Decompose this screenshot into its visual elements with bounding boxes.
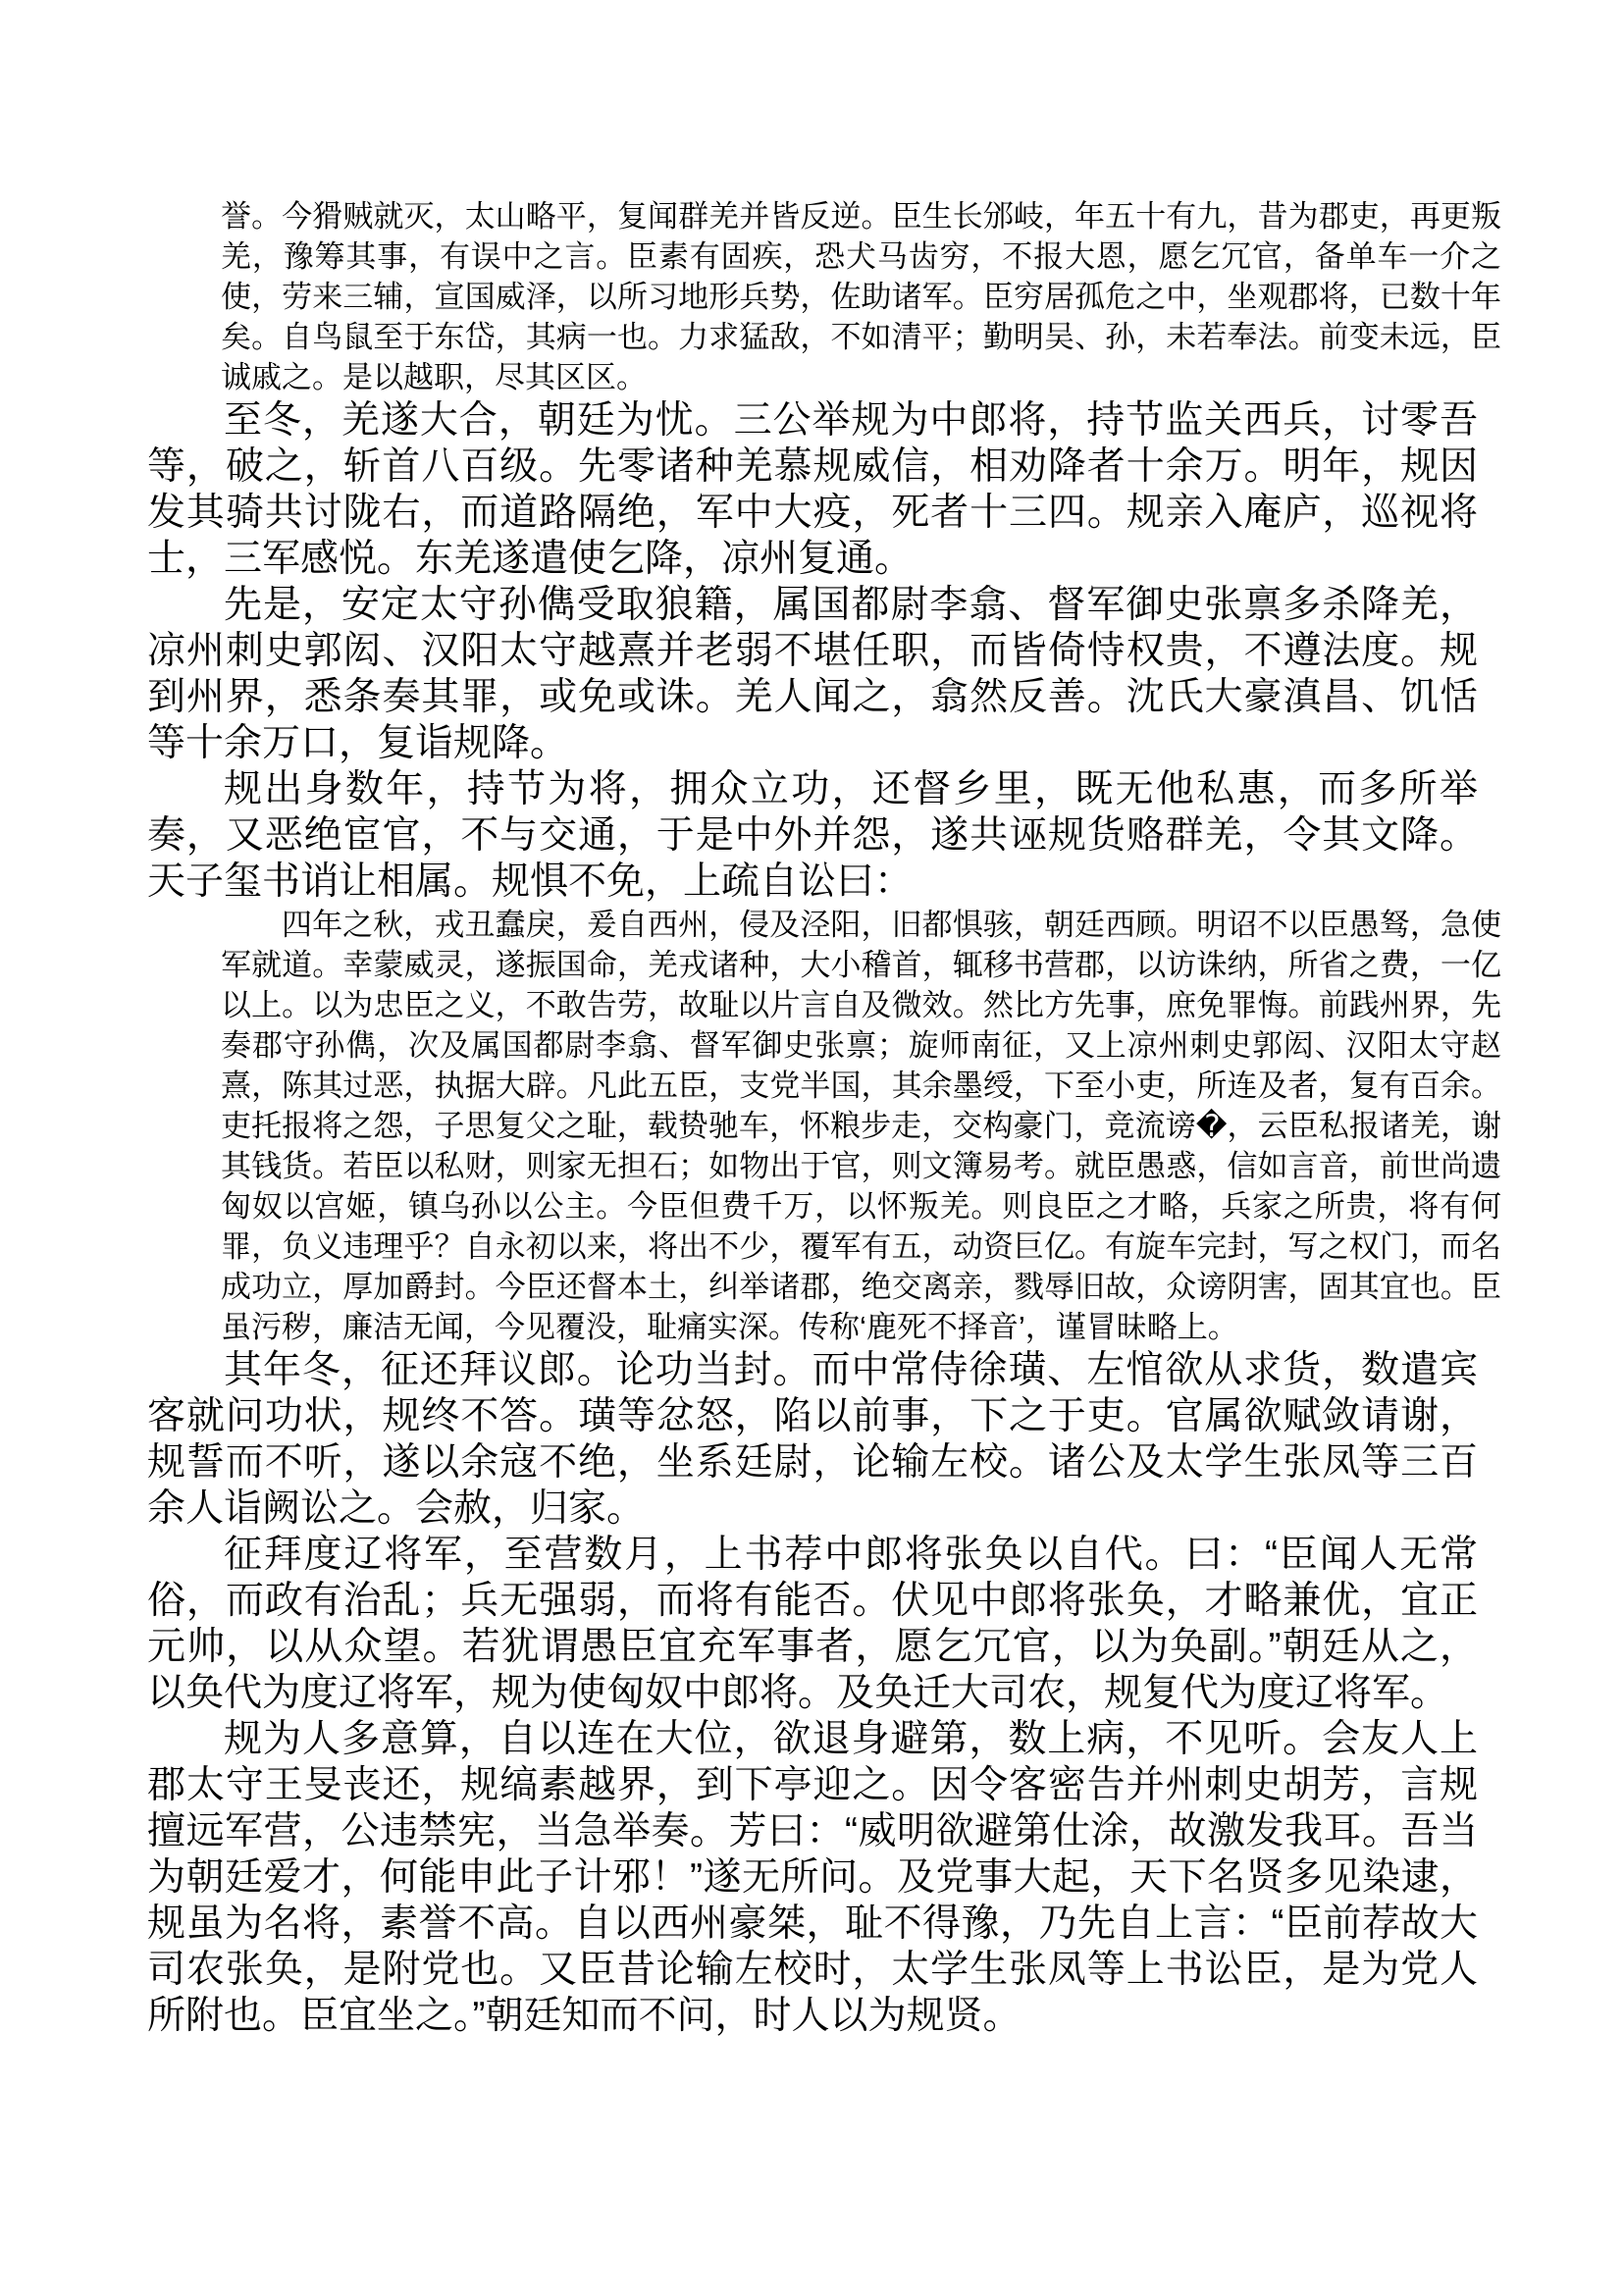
document-page: 誉。今猾贼就灭，太山略平，复闻群羌并皆反逆。臣生长邠岐，年五十有九，昔为郡吏，再… <box>0 0 1624 2294</box>
body-paragraph: 规出身数年，持节为将，拥众立功，还督乡里，既无他私惠，而多所举奏，又恶绝宦官，不… <box>147 766 1478 905</box>
body-paragraph: 先是，安定太守孙儁受取狼籍，属国都尉李翕、督军御史张禀多杀降羌，凉州刺史郭闳、汉… <box>147 582 1478 766</box>
body-paragraph: 征拜度辽将军，至营数月，上书荐中郎将张奂以自代。曰：“臣闻人无常俗，而政有治乱；… <box>147 1532 1478 1716</box>
quote-block: 四年之秋，戎丑蠢戾，爰自西州，侵及泾阳，旧都惧骇，朝廷西顾。明诏不以臣愚驽，急使… <box>221 905 1501 1347</box>
document-content: 誉。今猾贼就灭，太山略平，复闻群羌并皆反逆。臣生长邠岐，年五十有九，昔为郡吏，再… <box>147 196 1478 2039</box>
body-paragraph: 至冬，羌遂大合，朝廷为忧。三公举规为中郎将，持节监关西兵，讨零吾等，破之，斩首八… <box>147 397 1478 582</box>
body-paragraph: 规为人多意算，自以连在大位，欲退身避第，数上病，不见听。会友人上郡太守王旻丧还，… <box>147 1716 1478 2039</box>
body-paragraph: 其年冬，征还拜议郎。论功当封。而中常侍徐璜、左悺欲从求货，数遣宾客就问功状，规终… <box>147 1347 1478 1532</box>
quote-block: 誉。今猾贼就灭，太山略平，复闻群羌并皆反逆。臣生长邠岐，年五十有九，昔为郡吏，再… <box>221 196 1501 397</box>
